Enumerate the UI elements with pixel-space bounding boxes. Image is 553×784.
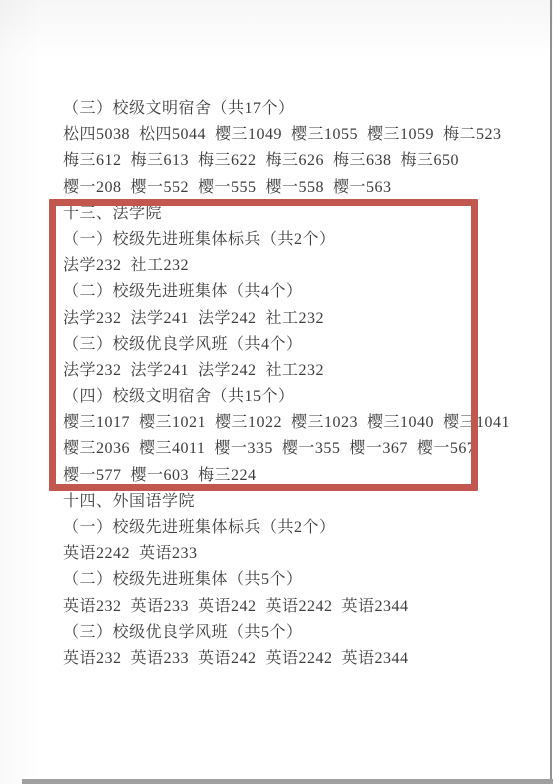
name-list-line: 英语232 英语233 英语242 英语2242 英语2344	[63, 646, 503, 672]
page-edge-bottom	[22, 779, 553, 784]
name-list-line: 梅三612 梅三613 梅三622 梅三626 梅三638 梅三650	[63, 148, 503, 174]
name-list-line: 松四5038 松四5044 樱三1049 樱三1055 樱三1059 梅二523	[63, 122, 503, 148]
name-list-line: 樱一577 樱一603 梅三224	[63, 463, 503, 489]
award-category-line: （一）校级先进班集体标兵（共2个）	[63, 515, 503, 541]
award-category-line: （三）校级文明宿舍（共17个）	[63, 96, 503, 122]
name-list-line: 法学232 法学241 法学242 社工232	[63, 306, 503, 332]
award-category-line: （二）校级先进班集体（共4个）	[63, 279, 503, 305]
name-list-line: 法学232 法学241 法学242 社工232	[63, 358, 503, 384]
name-list-line: 樱三2036 樱三4011 樱一335 樱一355 樱一367 樱一567	[63, 436, 503, 462]
award-category-line: （四）校级文明宿舍（共15个）	[63, 384, 503, 410]
section-heading-foreign-languages: 十四、外国语学院	[63, 489, 503, 515]
page-edge-right	[550, 0, 552, 784]
name-list-line: 英语232 英语233 英语242 英语2242 英语2344	[63, 594, 503, 620]
award-category-line: （三）校级优良学风班（共4个）	[63, 332, 503, 358]
section-heading-law-school: 十三、法学院	[63, 201, 503, 227]
award-category-line: （三）校级优良学风班（共5个）	[63, 620, 503, 646]
award-category-line: （一）校级先进班集体标兵（共2个）	[63, 227, 503, 253]
award-category-line: （二）校级先进班集体（共5个）	[63, 567, 503, 593]
name-list-line: 英语2242 英语233	[63, 541, 503, 567]
name-list-line: 樱三1017 樱三1021 樱三1022 樱三1023 樱三1040 樱三104…	[63, 410, 503, 436]
name-list-line: 法学232 社工232	[63, 253, 503, 279]
document-body: （三）校级文明宿舍（共17个） 松四5038 松四5044 樱三1049 樱三1…	[63, 96, 503, 672]
document-page: （三）校级文明宿舍（共17个） 松四5038 松四5044 樱三1049 樱三1…	[0, 0, 553, 784]
name-list-line: 樱一208 樱一552 樱一555 樱一558 樱一563	[63, 175, 503, 201]
